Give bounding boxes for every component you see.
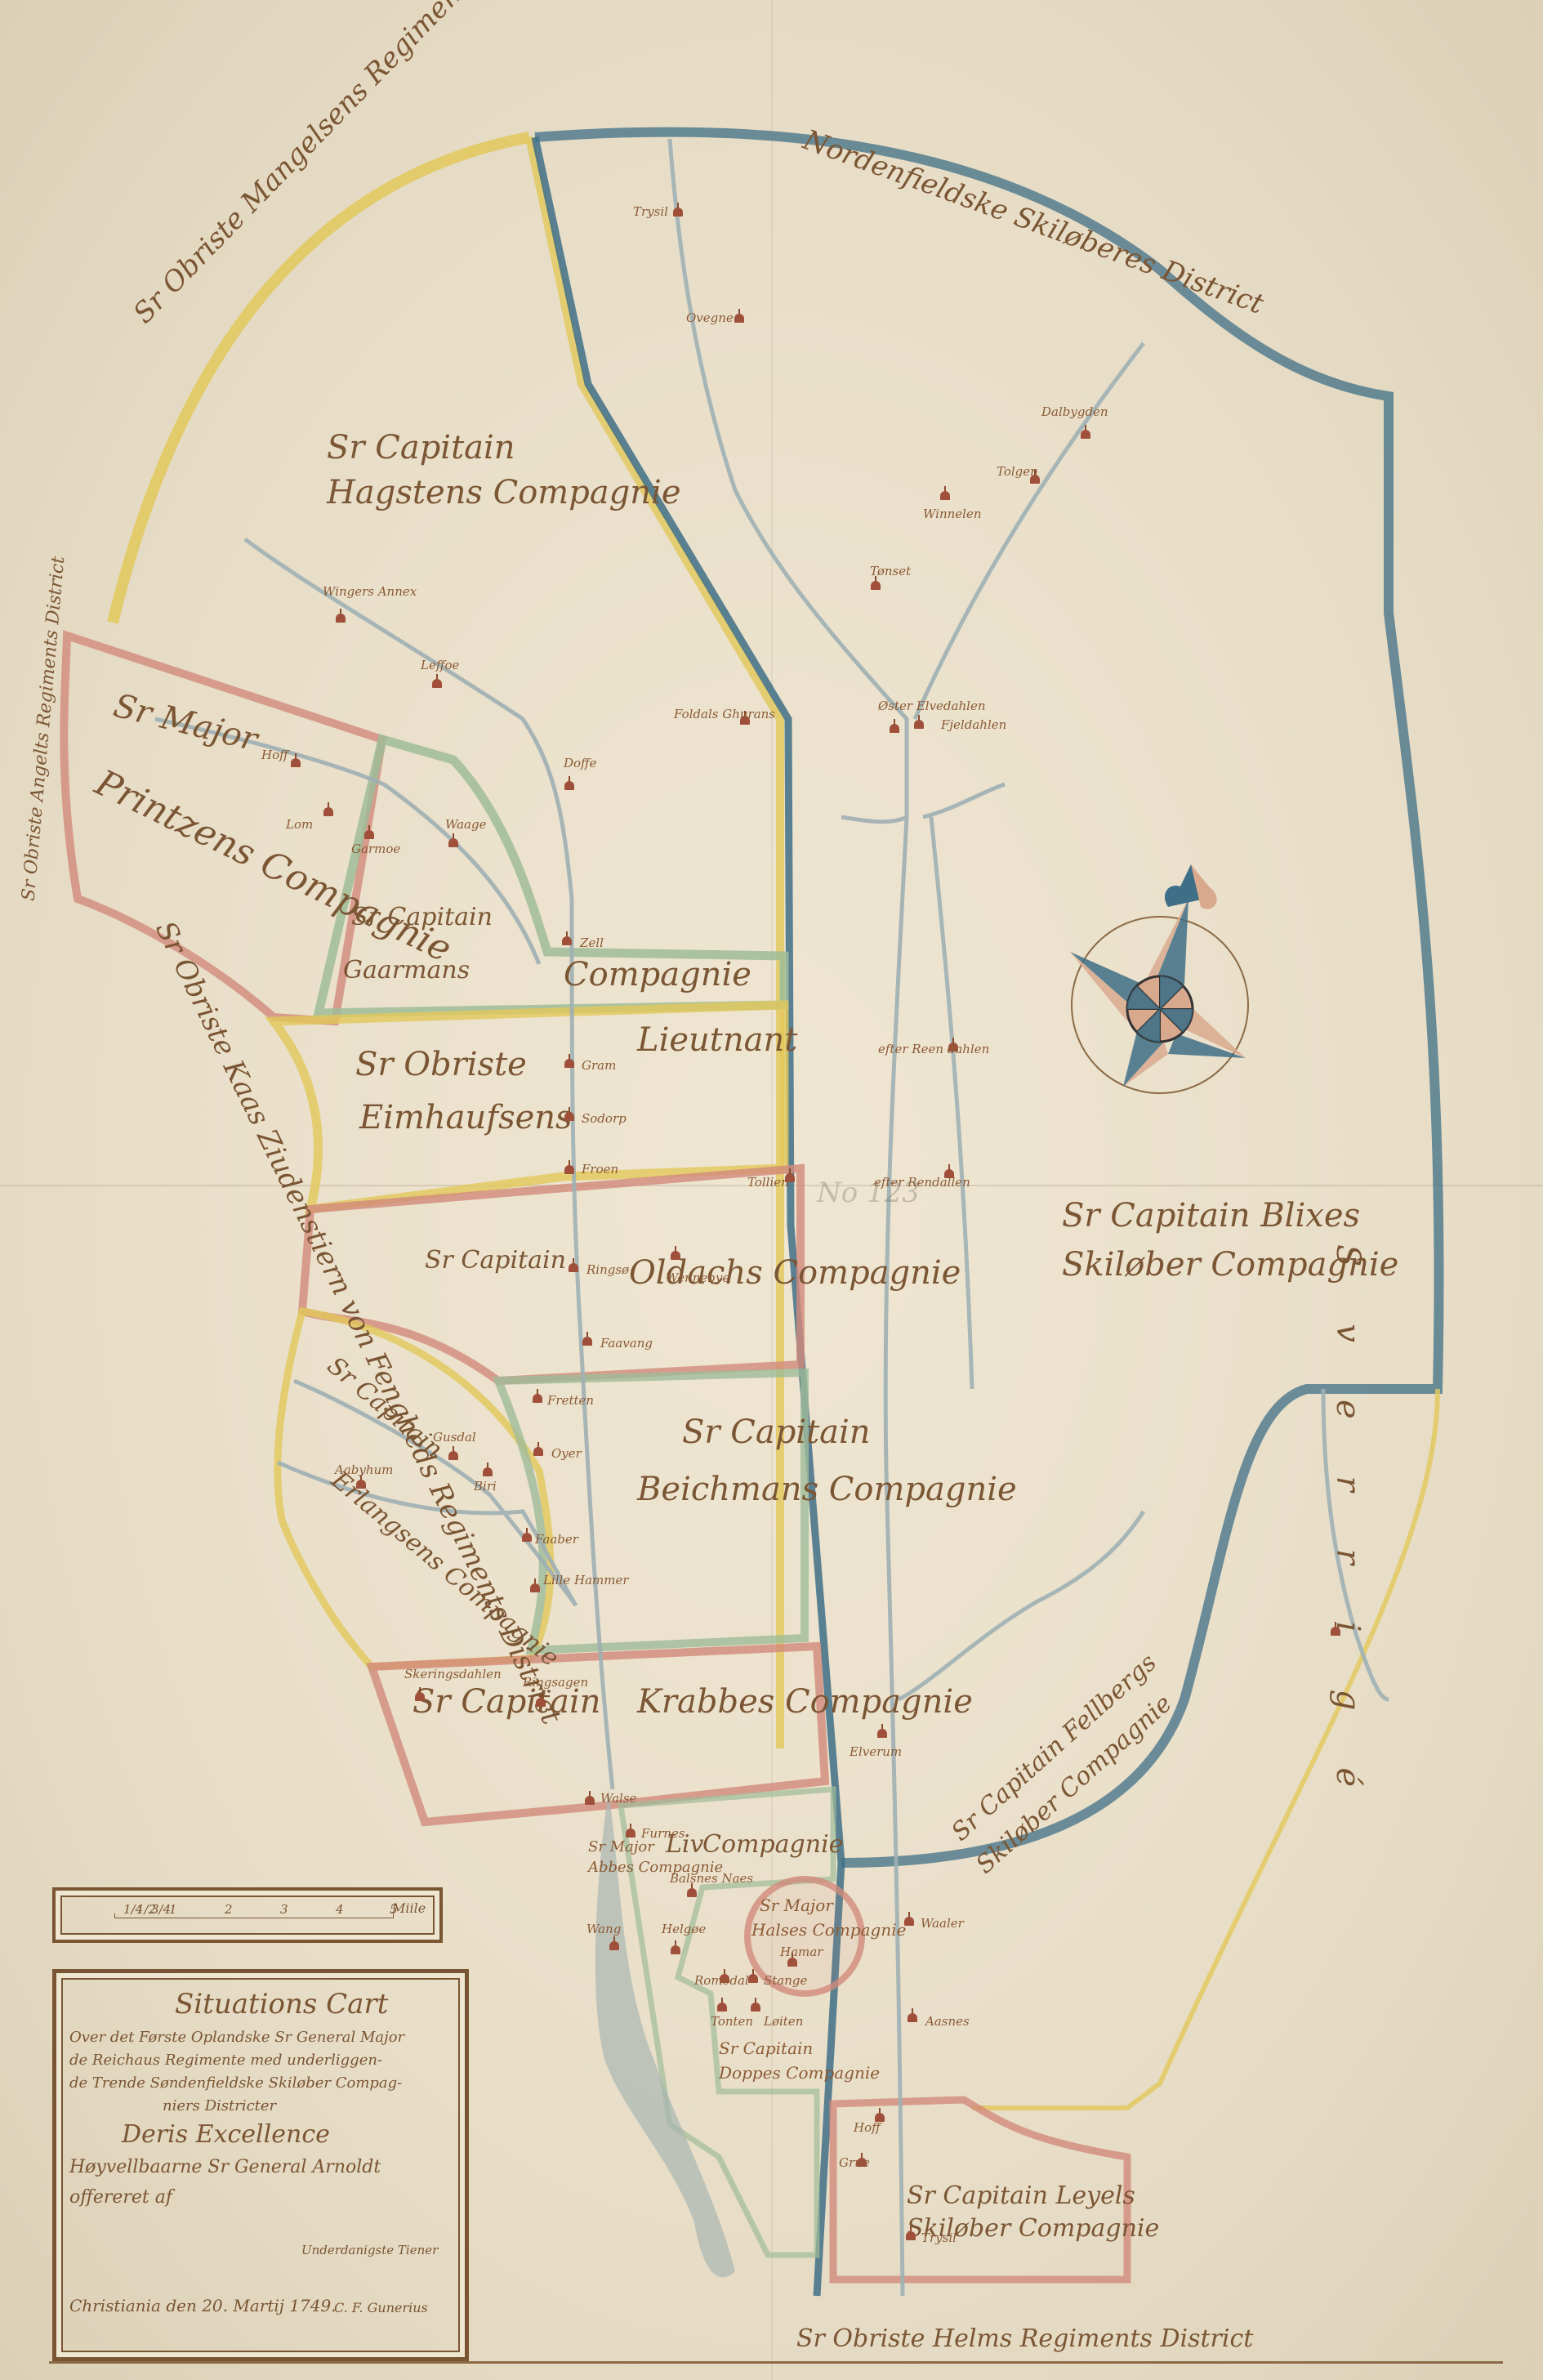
place-label: Tønset [870, 564, 911, 578]
place-label: Helgøe [662, 1922, 706, 1936]
place-label: Leffoe [421, 658, 459, 672]
scale-tick: 3/4 [151, 1902, 171, 1917]
place-label: Wang [586, 1922, 621, 1936]
place-label: Ovegne [686, 310, 734, 325]
church-icon [533, 1442, 544, 1457]
church-icon [903, 1912, 915, 1927]
church-icon [363, 825, 375, 840]
place-label: Wennebye [666, 1270, 729, 1285]
scale-unit: Miile [392, 1900, 426, 1916]
label-sverige: Sverrigé [1329, 1244, 1367, 1844]
cartouche-closing: Underdanigste Tiener [301, 2243, 438, 2257]
church-icon [584, 1791, 595, 1806]
place-label: Lom [286, 817, 313, 832]
church-icon [1330, 1622, 1341, 1637]
place-label: Skeringsdahlen [404, 1667, 502, 1681]
church-icon [290, 753, 301, 768]
company-gaarmans-line1: Sr Capitain [351, 903, 493, 931]
company-doppes-line1: Sr Capitain [719, 2038, 813, 2058]
scale-tick: 1 [169, 1902, 177, 1917]
compass-rose [1070, 864, 1248, 1093]
place-label: Fretten [547, 1393, 594, 1408]
place-label: Trysil [921, 2230, 957, 2245]
company-blixes-line1: Sr Capitain Blixes [1062, 1197, 1360, 1235]
church-icon [750, 1998, 761, 2012]
place-label: Hamar [780, 1945, 823, 1959]
title-cartouche: Situations Cart Over det Første Oplandsk… [52, 1969, 469, 2361]
church-icon [670, 1246, 681, 1261]
place-label: Lille Hammer [543, 1573, 629, 1587]
place-label: Froen [582, 1162, 618, 1177]
place-label: Gusdal [433, 1430, 476, 1445]
label-helms-district: Sr Obriste Helms Regiments District [796, 2324, 1253, 2353]
company-beichmans-line1: Sr Capitain [682, 1413, 871, 1451]
company-leyels-line1: Sr Capitain Leyels [907, 2181, 1135, 2210]
place-label: Romedal [694, 1973, 749, 1988]
church-icon [734, 309, 745, 324]
church-icon [939, 486, 951, 501]
church-icon [905, 2226, 916, 2241]
church-icon [747, 1969, 759, 1984]
place-label: Garmoe [351, 842, 400, 856]
cartouche-line: de Trende Søndenfieldske Skiløber Compag… [69, 2074, 402, 2092]
place-label: Faaber [535, 1532, 578, 1547]
church-icon [532, 1389, 543, 1404]
place-label: efter Rendallen [874, 1175, 970, 1190]
church-icon [414, 1687, 426, 1702]
company-doppes-line2: Doppes Compagnie [719, 2063, 880, 2083]
company-lieutnant-line1: Lieutnant [637, 1021, 797, 1059]
place-label: Aabyhum [335, 1462, 393, 1477]
cartouche-addressee: Høyvellbaarne Sr General Arnoldt [69, 2157, 381, 2177]
church-icon [564, 1054, 575, 1069]
place-label: Zell [580, 935, 604, 950]
scale-tick: 2 [225, 1902, 233, 1917]
company-halses-line1: Sr Major [760, 1896, 833, 1915]
place-label: Fjeldahlen [941, 717, 1006, 732]
place-label: Ringsagen [523, 1675, 588, 1690]
church-icon [609, 1936, 620, 1951]
company-gaarmans-line2: Gaarmans [343, 956, 470, 985]
place-label: Faavang [600, 1336, 653, 1351]
place-label: Sodorp [582, 1111, 627, 1126]
scale-tick: 3 [280, 1902, 288, 1917]
place-label: Oyer [551, 1446, 582, 1461]
place-label: Balsnes Naes [670, 1871, 753, 1886]
company-beichmans-line2: Beichmans Compagnie [637, 1471, 1017, 1508]
place-label: Hoff [261, 748, 288, 762]
church-icon [529, 1578, 541, 1593]
church-icon [323, 802, 334, 817]
church-icon [448, 1446, 459, 1461]
place-label: Løiten [764, 2014, 803, 2029]
scale-bar-box: 1/4 1/2 3/4 1 2 3 4 5 Miile [52, 1887, 443, 1943]
place-label: Trysil [633, 204, 668, 219]
church-icon [431, 674, 443, 689]
cartouche-dedication: Deris Excellence [122, 2120, 330, 2149]
company-krabbes-line2: Krabbes Compagnie [637, 1683, 973, 1721]
church-icon [564, 1107, 575, 1122]
church-icon [625, 1824, 636, 1838]
place-label: Winnelen [923, 507, 981, 521]
place-label: Hoff [854, 2120, 881, 2135]
company-blixes-line2: Skiløber Compagnie [1062, 1246, 1398, 1284]
place-label: Tonten [711, 2014, 753, 2029]
cartouche-line: niers Districter [163, 2097, 276, 2114]
place-label: Ringsø [586, 1262, 629, 1277]
church-icon [448, 833, 459, 848]
place-label: Grue [839, 2155, 870, 2170]
company-oldachs-line1: Sr Capitain [425, 1246, 566, 1275]
cartouche-line: Over det Første Oplandske Sr General Maj… [69, 2029, 404, 2046]
church-icon [1080, 425, 1091, 440]
church-icon [907, 2008, 918, 2023]
church-icon [335, 609, 346, 623]
company-eimhaufsens-line1: Sr Obriste [355, 1046, 527, 1083]
company-abbes-line1: Sr Major [588, 1838, 654, 1855]
church-icon [716, 1998, 728, 2012]
place-label: Biri [474, 1479, 497, 1494]
place-label: Gram [582, 1058, 616, 1073]
company-eimhaufsens-line2: Eimhaufsens [359, 1099, 573, 1136]
church-icon [582, 1332, 593, 1346]
church-icon [889, 719, 900, 734]
cartouche-signature: C. F. Gunerius [334, 2300, 428, 2315]
place-label: Furnes [641, 1826, 685, 1841]
company-hagstens-line2: Hagstens Compagnie [327, 474, 681, 511]
cartouche-title: Situations Cart [175, 1988, 388, 2021]
place-label: Waage [445, 817, 486, 832]
place-label: Wingers Annex [323, 584, 417, 599]
place-label: Foldals Ghurans [674, 707, 775, 721]
place-label: Waaler [921, 1916, 964, 1931]
place-label: efter Reen dahlen [878, 1042, 989, 1056]
place-label: Dalbygden [1041, 404, 1108, 419]
cartouche-line: de Reichaus Regimente med underliggen- [69, 2052, 382, 2069]
place-label: Elverum [850, 1744, 902, 1759]
place-label: Øster Elvedahlen [878, 699, 985, 713]
place-label: Walse [600, 1791, 636, 1806]
church-icon [564, 1160, 575, 1175]
place-label: Tollien [747, 1175, 789, 1190]
company-lieutnant-line2: Compagnie [564, 956, 751, 994]
company-liv-line2: Compagnie [702, 1830, 843, 1859]
church-icon [568, 1258, 579, 1273]
scale-bar: 1/4 1/2 3/4 1 2 3 4 5 [114, 1913, 394, 1918]
church-icon [672, 203, 684, 217]
church-icon [521, 1528, 533, 1543]
place-label: Aasnes [925, 2014, 970, 2029]
company-halses-line2: Halses Compagnie [751, 1920, 906, 1940]
scale-tick: 4 [336, 1902, 344, 1917]
cartouche-place-date: Christiania den 20. Martij 1749. [69, 2296, 337, 2315]
church-icon [670, 1940, 681, 1955]
place-label: Doffe [564, 756, 597, 770]
church-icon [876, 1724, 888, 1739]
place-label: Stange [764, 1973, 807, 1988]
church-icon [564, 776, 575, 791]
company-hagstens-line1: Sr Capitain [327, 429, 515, 467]
church-icon [482, 1462, 493, 1477]
church-icon [913, 715, 925, 730]
cartouche-offered: offereret af [69, 2187, 172, 2208]
place-label: Tolgen [997, 464, 1038, 479]
church-icon [535, 1693, 546, 1708]
church-icon [561, 931, 573, 946]
